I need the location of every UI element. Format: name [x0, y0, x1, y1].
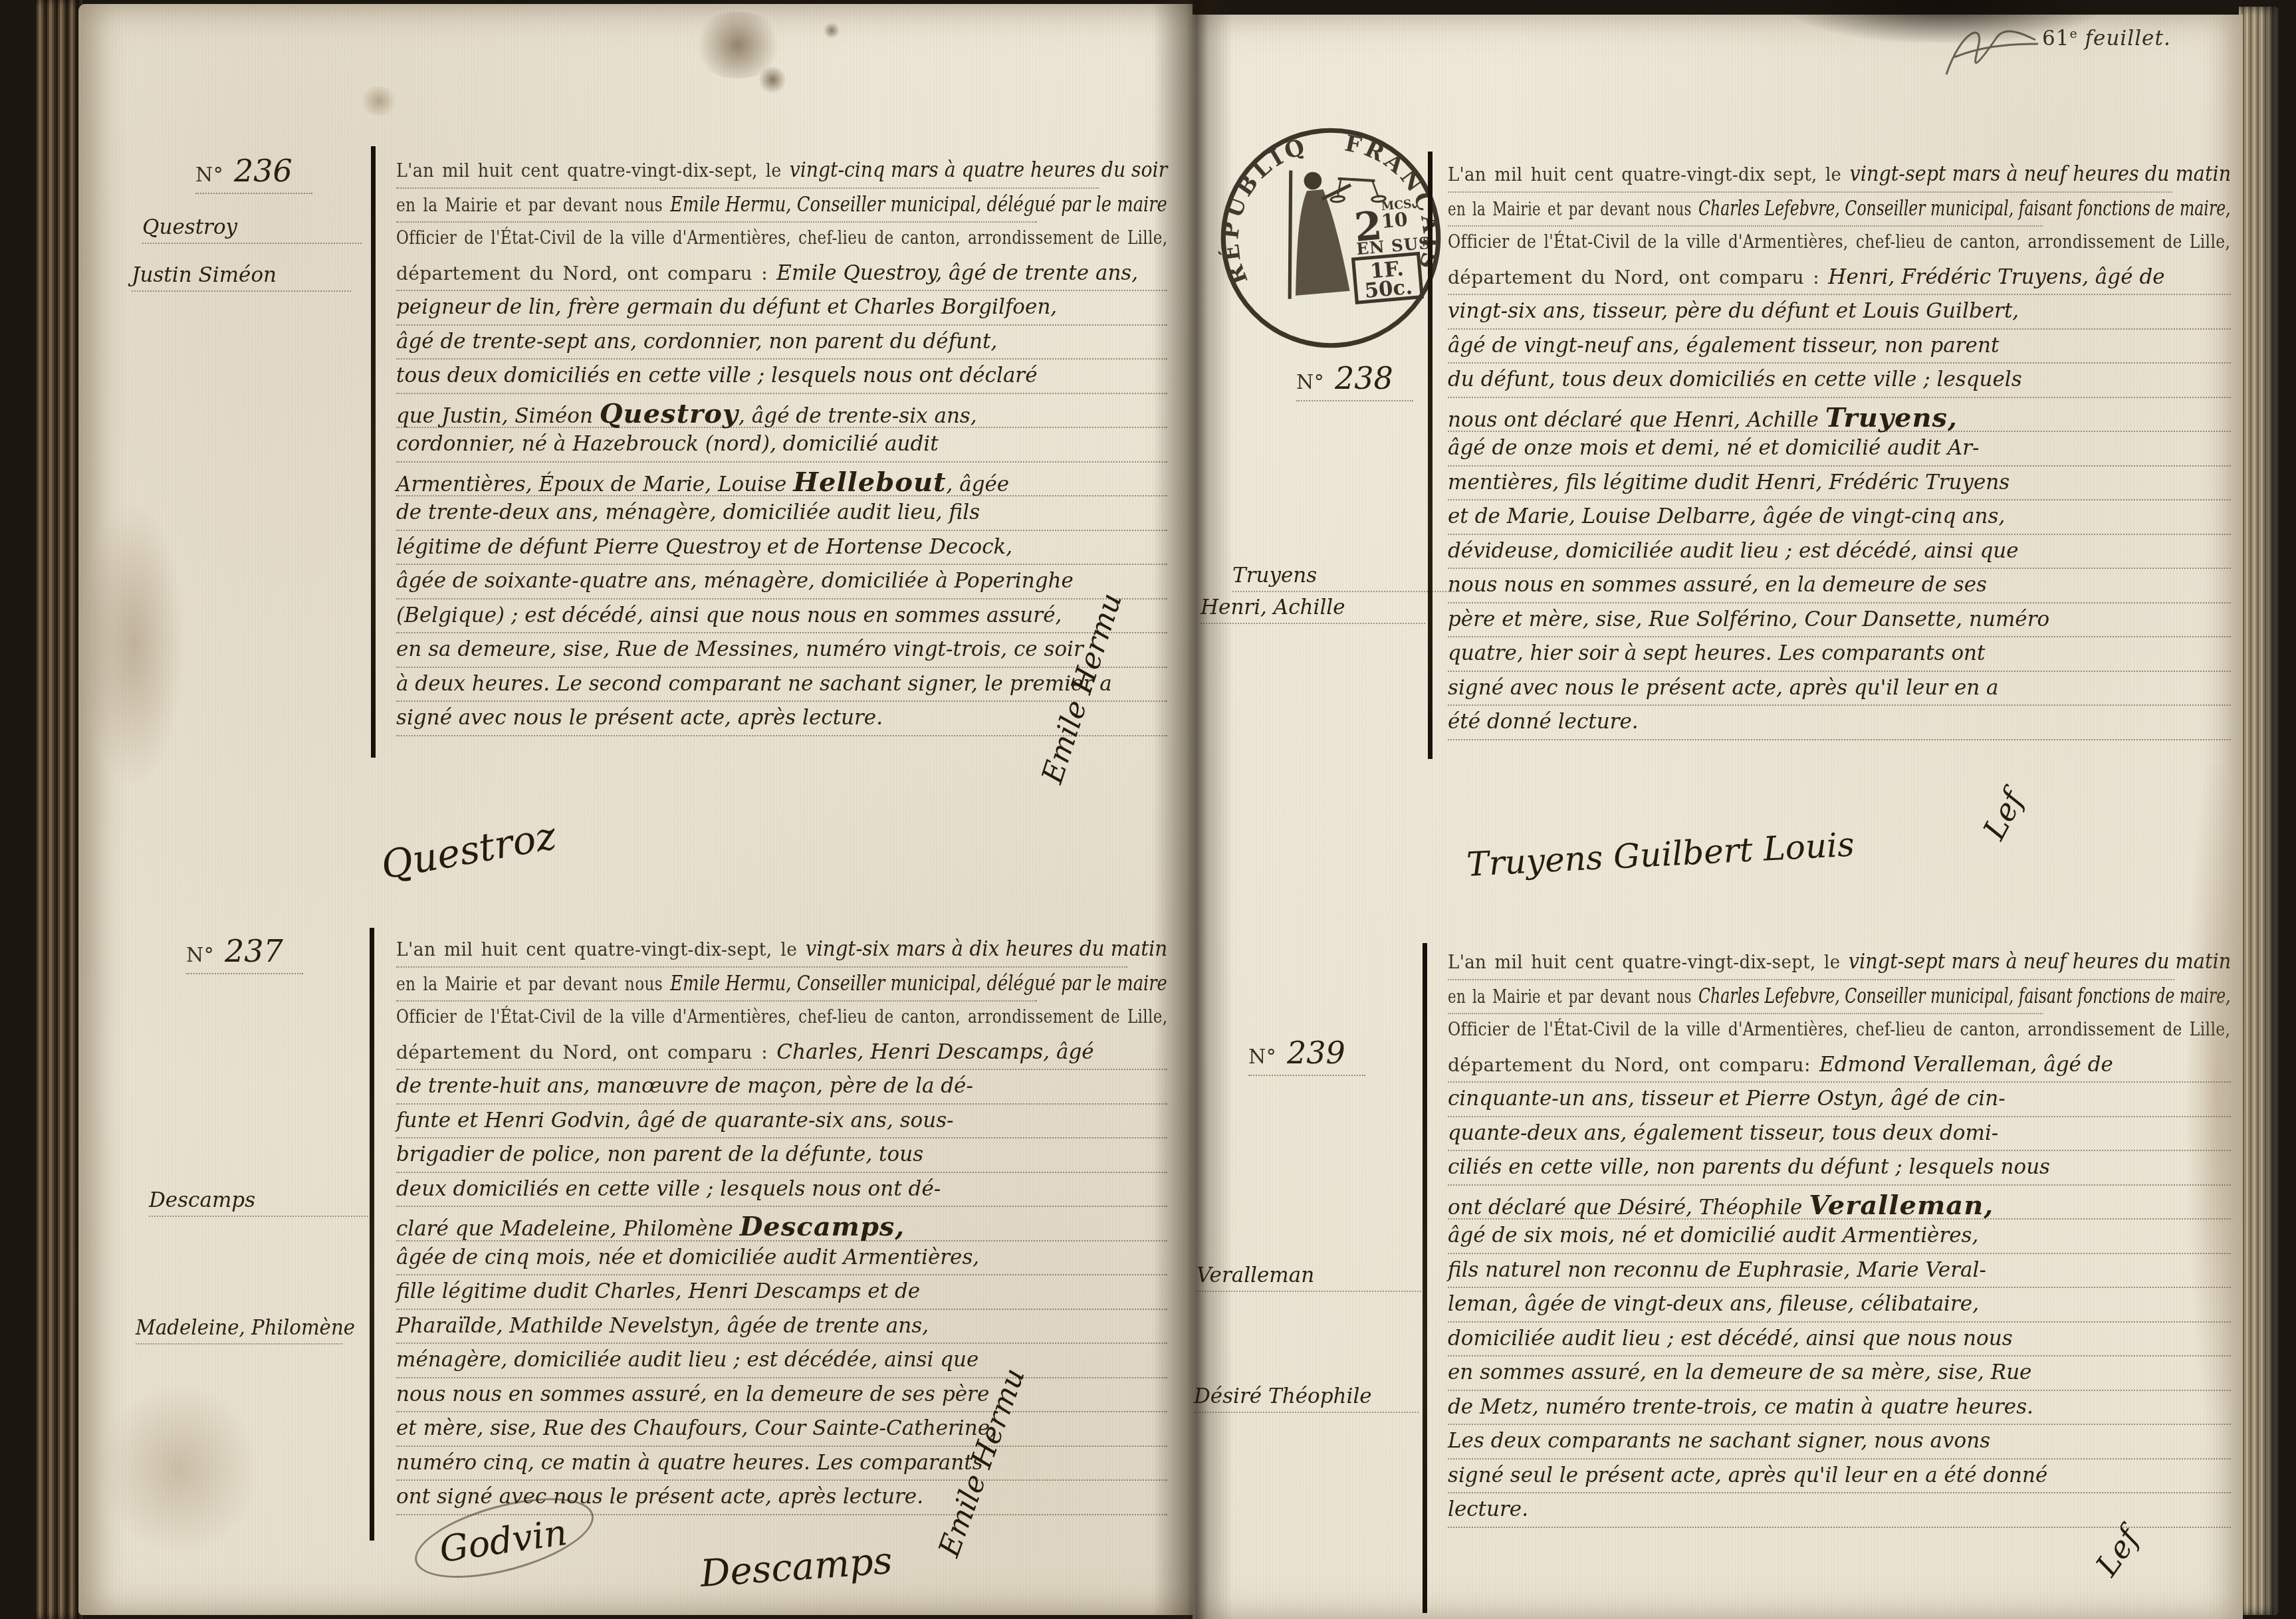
handwritten-text: Armentières, Époux de Marie, Louise	[396, 473, 793, 496]
folio-paraph-icon	[1941, 17, 2041, 84]
folio-number: 61	[2042, 27, 2069, 51]
act-line: de trente-deux ans, ménagère, domiciliée…	[396, 496, 1167, 531]
act-line: funte et Henri Godvin, âgé de quarante-s…	[396, 1105, 1167, 1139]
handwritten-text: âgée de soixante-quatre ans, ménagère, d…	[396, 569, 1074, 593]
handwritten-text: de Metz, numéro trente-trois, ce matin à…	[1448, 1395, 2033, 1419]
handwritten-name: Hellebout	[793, 467, 946, 498]
signature: Godvin	[437, 1511, 570, 1570]
handwritten-text: tous deux domiciliés en cette ville ; le…	[396, 364, 1038, 387]
printed-text: en la Mairie et par devant nous	[396, 194, 670, 216]
act-line: père et mère, sise, Rue Solférino, Cour …	[1448, 603, 2231, 638]
act-line: L'an mil huit cent quatre-vingt-dix sept…	[1448, 158, 2172, 193]
act-number-value: 236	[234, 153, 292, 189]
act-text: L'an mil huit cent quatre-vingt-dix sept…	[1448, 158, 2231, 740]
printed-text: département du Nord, ont comparu :	[1448, 267, 1828, 288]
act-line: et mère, sise, Rue des Chaufours, Cour S…	[396, 1412, 1167, 1447]
act-line: en sommes assuré, en la demeure de sa mè…	[1448, 1356, 2231, 1391]
margin-name: Madeleine, Philomène	[136, 1316, 342, 1345]
act-line: ont déclaré que Désiré, Théophile Verall…	[1448, 1186, 2231, 1220]
act-239: N°239VerallemanDésiré ThéophileL'an mil …	[1193, 935, 2243, 1619]
handwritten-text: vingt-sept mars à neuf heures du matin	[1850, 162, 2232, 186]
left-page: N°236QuestroyJustin SiméonL'an mil huit …	[78, 4, 1193, 1615]
act-line: tous deux domiciliés en cette ville ; le…	[396, 360, 1167, 394]
act-number-label: N°	[195, 163, 223, 187]
act-line: Pharaïlde, Mathilde Nevelstyn, âgée de t…	[396, 1310, 1167, 1345]
act-line: en sa demeure, sise, Rue de Messines, nu…	[396, 633, 1167, 668]
act-text: L'an mil huit cent quatre-vingt-dix-sept…	[1448, 946, 2231, 1528]
register-book-spread: N°236QuestroyJustin SiméonL'an mil huit …	[0, 0, 2296, 1619]
handwritten-text: vingt-sept mars à neuf heures du matin	[1849, 950, 2231, 974]
act-line: fils naturel non reconnu de Euphrasie, M…	[1448, 1254, 2231, 1289]
act-line: L'an mil huit cent quatre-vingt-dix-sept…	[396, 154, 1099, 189]
printed-text: département du Nord, ont comparu :	[396, 1041, 776, 1063]
printed-text: en la Mairie et par devant nous	[1448, 986, 1698, 1008]
act-number-label: N°	[1296, 371, 1324, 394]
act-text: L'an mil huit cent quatre-vingt-dix-sept…	[396, 154, 1167, 736]
handwritten-text: du défunt, tous deux domiciliés en cette…	[1448, 368, 2022, 391]
printed-text: Officier de l'État-Civil de la ville d'A…	[1448, 231, 2230, 253]
act-line: en la Mairie et par devant nous Charles …	[1448, 193, 2043, 227]
handwritten-text: cordonnier, né à Hazebrouck (nord), domi…	[396, 432, 939, 456]
handwritten-text: Emile Questroy, âgé de trente ans,	[776, 261, 1138, 285]
folio-ordinal: e	[2069, 27, 2077, 41]
handwritten-text: en sa demeure, sise, Rue de Messines, nu…	[396, 637, 1084, 661]
act-line: âgé de onze mois et demi, né et domicili…	[1448, 432, 2231, 467]
margin-name: Descamps	[149, 1188, 368, 1217]
act-line: âgée de soixante-quatre ans, ménagère, d…	[396, 565, 1167, 599]
act-number: N°236	[195, 153, 312, 194]
act-line: cordonnier, né à Hazebrouck (nord), domi…	[396, 428, 1167, 463]
handwritten-text: Edmond Veralleman, âgé de	[1819, 1053, 2113, 1077]
handwritten-text: cinquante-un ans, tisseur et Pierre Osty…	[1448, 1087, 2006, 1111]
printed-text: Officier de l'État-Civil de la ville d'A…	[396, 1006, 1167, 1027]
handwritten-name: Questroy	[600, 398, 739, 429]
printed-text: en la Mairie et par devant nous	[1448, 198, 1698, 220]
signature: Descamps	[699, 1539, 893, 1596]
act-line: département du Nord, ont comparu : Emile…	[396, 257, 1167, 292]
act-line: L'an mil huit cent quatre-vingt-dix-sept…	[396, 933, 1127, 968]
act-line: Officier de l'État-Civil de la ville d'A…	[396, 223, 1033, 257]
margin-name: Questroy	[142, 215, 362, 244]
handwritten-name: Veralleman,	[1809, 1190, 1994, 1221]
act-line: que Justin, Siméon Questroy, âgé de tren…	[396, 394, 1167, 429]
printed-text: L'an mil huit cent quatre-vingt-dix-sept…	[1448, 951, 1849, 973]
margin-name: Henri, Achille	[1201, 595, 1425, 624]
printed-text: L'an mil huit cent quatre-vingt-dix-sept…	[396, 938, 806, 960]
handwritten-text: quante-deux ans, également tisseur, tous…	[1448, 1121, 1998, 1145]
handwritten-text: fils naturel non reconnu de Euphrasie, M…	[1448, 1258, 1986, 1282]
act-separator-rule	[1428, 152, 1433, 759]
handwritten-text: que Justin, Siméon	[396, 404, 600, 428]
handwritten-text: de trente-huit ans, manœuvre de maçon, p…	[396, 1074, 973, 1098]
act-line: Officier de l'État-Civil de la ville d'A…	[1448, 227, 2104, 261]
act-line: âgé de vingt-neuf ans, également tisseur…	[1448, 330, 2231, 364]
printed-text: L'an mil huit cent quatre-vingt-dix-sept…	[396, 160, 790, 181]
handwritten-text: mentières, fils légitime dudit Henri, Fr…	[1448, 471, 2009, 494]
handwritten-text: en sommes assuré, en la demeure de sa mè…	[1448, 1360, 2031, 1384]
handwritten-text: dévideuse, domiciliée audit lieu ; est d…	[1448, 539, 2019, 563]
act-line: leman, âgée de vingt-deux ans, fileuse, …	[1448, 1288, 2231, 1323]
handwritten-text: Charles Lefebvre, Conseiller municipal, …	[1698, 197, 2231, 221]
handwritten-text: signé avec nous le présent acte, après q…	[1448, 676, 1999, 700]
act-238: N°238TruyensHenri, AchilleL'an mil huit …	[1193, 141, 2243, 936]
handwritten-text: leman, âgée de vingt-deux ans, fileuse, …	[1448, 1292, 1979, 1316]
handwritten-text: lecture.	[1448, 1497, 1528, 1521]
act-line: domiciliée audit lieu ; est décédé, ains…	[1448, 1323, 2231, 1357]
folio-annotation: 61e feuillet.	[2042, 27, 2171, 51]
handwritten-text: numéro cinq, ce matin à quatre heures. L…	[396, 1451, 983, 1475]
handwritten-text: vingt-six ans, tisseur, père du défunt e…	[1448, 299, 2019, 323]
act-line: Les deux comparants ne sachant signer, n…	[1448, 1425, 2231, 1459]
act-237: N°237DescampsMadeleine, PhilomèneL'an mi…	[78, 925, 1193, 1619]
act-line: de Metz, numéro trente-trois, ce matin à…	[1448, 1391, 2231, 1426]
act-line: fille légitime dudit Charles, Henri Desc…	[396, 1275, 1167, 1310]
act-line: âgée de cinq mois, née et domiciliée aud…	[396, 1241, 1167, 1276]
act-236: N°236QuestroyJustin SiméonL'an mil huit …	[78, 144, 1193, 921]
handwritten-text: Emile Hermu, Conseiller municipal, délég…	[670, 972, 1167, 996]
handwritten-text: signé avec nous le présent acte, après l…	[396, 706, 883, 730]
handwritten-name: Descamps,	[740, 1211, 905, 1242]
act-line: deux domiciliés en cette ville ; lesquel…	[396, 1173, 1167, 1208]
act-line: en la Mairie et par devant nous Emile He…	[396, 968, 1037, 1002]
book-binding	[35, 0, 82, 1619]
act-line: peigneur de lin, frère germain du défunt…	[396, 291, 1167, 326]
handwritten-text: ménagère, domiciliée audit lieu ; est dé…	[396, 1348, 978, 1372]
act-line: claré que Madeleine, Philomène Descamps,	[396, 1207, 1167, 1241]
act-line: de trente-huit ans, manœuvre de maçon, p…	[396, 1070, 1167, 1105]
act-line: et de Marie, Louise Delbarre, âgée de vi…	[1448, 500, 2231, 535]
act-line: en la Mairie et par devant nous Emile He…	[396, 189, 1037, 223]
act-line: ménagère, domiciliée audit lieu ; est dé…	[396, 1344, 1167, 1378]
printed-text: Officier de l'État-Civil de la ville d'A…	[1448, 1018, 2230, 1040]
handwritten-text: à deux heures. Le second comparant ne sa…	[396, 672, 1112, 696]
handwritten-text: de trente-deux ans, ménagère, domiciliée…	[396, 500, 980, 524]
act-line: légitime de défunt Pierre Questroy et de…	[396, 531, 1167, 566]
handwritten-text: Henri, Frédéric Truyens, âgé de	[1828, 265, 2164, 289]
act-line: département du Nord, ont comparu : Henri…	[1448, 261, 2231, 296]
handwritten-text: Pharaïlde, Mathilde Nevelstyn, âgée de t…	[396, 1314, 929, 1338]
printed-text: département du Nord, ont comparu :	[396, 263, 776, 284]
act-number-value: 238	[1335, 360, 1393, 396]
folio-word: feuillet.	[2085, 27, 2171, 51]
act-line: été donné lecture.	[1448, 706, 2231, 740]
handwritten-text: brigadier de police, non parent de la dé…	[396, 1142, 923, 1166]
margin-name: Veralleman	[1197, 1263, 1421, 1292]
handwritten-text: funte et Henri Godvin, âgé de quarante-s…	[396, 1109, 954, 1133]
handwritten-text: Charles, Henri Descamps, âgé	[776, 1040, 1093, 1064]
act-line: signé avec nous le présent acte, après q…	[1448, 672, 2231, 706]
handwritten-text: âgé de vingt-neuf ans, également tisseur…	[1448, 334, 1999, 358]
act-line: signé seul le présent acte, après qu'il …	[1448, 1459, 2231, 1494]
act-line: Officier de l'État-Civil de la ville d'A…	[1448, 1014, 2104, 1049]
act-line: quatre, hier soir à sept heures. Les com…	[1448, 637, 2231, 672]
handwritten-text: quatre, hier soir à sept heures. Les com…	[1448, 641, 1986, 665]
act-line: département du Nord, ont comparu : Charl…	[396, 1036, 1167, 1071]
handwritten-name: Truyens,	[1825, 402, 1958, 433]
printed-text: L'an mil huit cent quatre-vingt-dix sept…	[1448, 163, 1850, 185]
act-line: département du Nord, ont comparu: Edmond…	[1448, 1049, 2231, 1083]
act-line: âgé de trente-sept ans, cordonnier, non …	[396, 326, 1167, 360]
margin-name: Justin Siméon	[132, 263, 351, 292]
act-line: âgé de six mois, né et domicilié audit A…	[1448, 1220, 2231, 1254]
act-number: N°238	[1296, 360, 1413, 401]
act-number-label: N°	[186, 944, 214, 967]
act-line: nous ont déclaré que Henri, Achille Truy…	[1448, 398, 2231, 433]
printed-text: Officier de l'État-Civil de la ville d'A…	[396, 227, 1167, 249]
act-number-label: N°	[1248, 1045, 1276, 1069]
act-number-value: 239	[1287, 1035, 1345, 1071]
act-separator-rule	[1423, 943, 1427, 1613]
handwritten-text: et de Marie, Louise Delbarre, âgée de vi…	[1448, 504, 2005, 528]
act-line: dévideuse, domiciliée audit lieu ; est d…	[1448, 535, 2231, 570]
handwritten-text: nous ont déclaré que Henri, Achille	[1448, 408, 1825, 432]
handwritten-text: peigneur de lin, frère germain du défunt…	[396, 295, 1057, 319]
act-line: (Belgique) ; est décédé, ainsi que nous …	[396, 599, 1167, 634]
handwritten-text: , âgé de trente-six ans,	[739, 404, 977, 428]
act-line: L'an mil huit cent quatre-vingt-dix-sept…	[1448, 946, 2174, 980]
handwritten-text: fille légitime dudit Charles, Henri Desc…	[396, 1279, 920, 1303]
margin-name: Désiré Théophile	[1194, 1384, 1419, 1413]
handwritten-text: Emile Hermu, Conseiller municipal, délég…	[670, 193, 1167, 217]
handwritten-text: signé seul le présent acte, après qu'il …	[1448, 1463, 2047, 1487]
handwritten-text: domiciliée audit lieu ; est décédé, ains…	[1448, 1327, 2013, 1350]
act-text: L'an mil huit cent quatre-vingt-dix-sept…	[396, 933, 1167, 1515]
handwritten-text: Charles Lefebvre, Conseiller municipal, …	[1698, 984, 2231, 1008]
handwritten-text: ont déclaré que Désiré, Théophile	[1448, 1196, 1809, 1220]
act-number: N°237	[186, 933, 303, 974]
act-line: cinquante-un ans, tisseur et Pierre Osty…	[1448, 1083, 2231, 1117]
handwritten-text: âgé de six mois, né et domicilié audit A…	[1448, 1224, 1978, 1247]
act-separator-rule	[370, 928, 374, 1541]
act-line: quante-deux ans, également tisseur, tous…	[1448, 1117, 2231, 1152]
handwritten-text: deux domiciliés en cette ville ; lesquel…	[396, 1177, 941, 1201]
handwritten-text: nous nous en sommes assuré, en la demeur…	[1448, 573, 1987, 597]
act-line: brigadier de police, non parent de la dé…	[396, 1138, 1167, 1173]
act-line: numéro cinq, ce matin à quatre heures. L…	[396, 1447, 1167, 1481]
handwritten-text: (Belgique) ; est décédé, ainsi que nous …	[396, 603, 1062, 627]
act-line: ciliés en cette ville, non parents du dé…	[1448, 1151, 2231, 1186]
signature: Questroz	[378, 813, 559, 888]
act-number-value: 237	[225, 933, 283, 969]
act-line: vingt-six ans, tisseur, père du défunt e…	[1448, 295, 2231, 330]
handwritten-text: légitime de défunt Pierre Questroy et de…	[396, 535, 1012, 559]
act-line: mentières, fils légitime dudit Henri, Fr…	[1448, 467, 2231, 501]
act-line: du défunt, tous deux domiciliés en cette…	[1448, 364, 2231, 398]
handwritten-text: nous nous en sommes assuré, en la demeur…	[396, 1382, 989, 1406]
handwritten-text: âgé de onze mois et demi, né et domicili…	[1448, 436, 1979, 460]
signature: Truyens Guilbert Louis	[1466, 825, 1855, 884]
handwritten-text: âgé de trente-sept ans, cordonnier, non …	[396, 330, 997, 354]
handwritten-text: , âgée	[946, 473, 1009, 496]
signature: Lef	[1976, 785, 2031, 845]
handwritten-text: vingt-six mars à dix heures du matin	[806, 937, 1167, 961]
right-page: RÉPUBLIQUE FRANÇAISE 2 MCS 10 EN SUS	[1193, 15, 2243, 1619]
printed-text: en la Mairie et par devant nous	[396, 973, 670, 995]
printed-text: département du Nord, ont comparu:	[1448, 1054, 1819, 1076]
signature: Lef	[2089, 1521, 2146, 1582]
handwritten-text: père et mère, sise, Rue Solférino, Cour …	[1448, 607, 2049, 631]
act-line: Armentières, Époux de Marie, Louise Hell…	[396, 463, 1167, 497]
act-line: en la Mairie et par devant nous Charles …	[1448, 980, 2043, 1015]
act-line: Officier de l'État-Civil de la ville d'A…	[396, 1002, 1033, 1036]
handwritten-text: ciliés en cette ville, non parents du dé…	[1448, 1155, 2050, 1179]
handwritten-text: et mère, sise, Rue des Chaufours, Cour S…	[396, 1416, 996, 1440]
act-line: nous nous en sommes assuré, en la demeur…	[396, 1378, 1167, 1413]
handwritten-text: été donné lecture.	[1448, 710, 1639, 734]
handwritten-text: âgée de cinq mois, née et domiciliée aud…	[396, 1245, 979, 1269]
act-line: lecture.	[1448, 1493, 2231, 1528]
act-number: N°239	[1248, 1035, 1365, 1076]
handwritten-text: Les deux comparants ne sachant signer, n…	[1448, 1429, 1990, 1453]
handwritten-text: ont signé avec nous le présent acte, apr…	[396, 1485, 923, 1509]
act-separator-rule	[371, 146, 376, 758]
handwritten-text: vingt-cinq mars à quatre heures du soir	[790, 158, 1167, 182]
margin-name: Truyens	[1232, 564, 1457, 592]
page-edge-stack	[2239, 7, 2279, 1615]
handwritten-text: claré que Madeleine, Philomène	[396, 1217, 740, 1241]
act-line: à deux heures. Le second comparant ne sa…	[396, 668, 1167, 702]
act-line: nous nous en sommes assuré, en la demeur…	[1448, 569, 2231, 603]
